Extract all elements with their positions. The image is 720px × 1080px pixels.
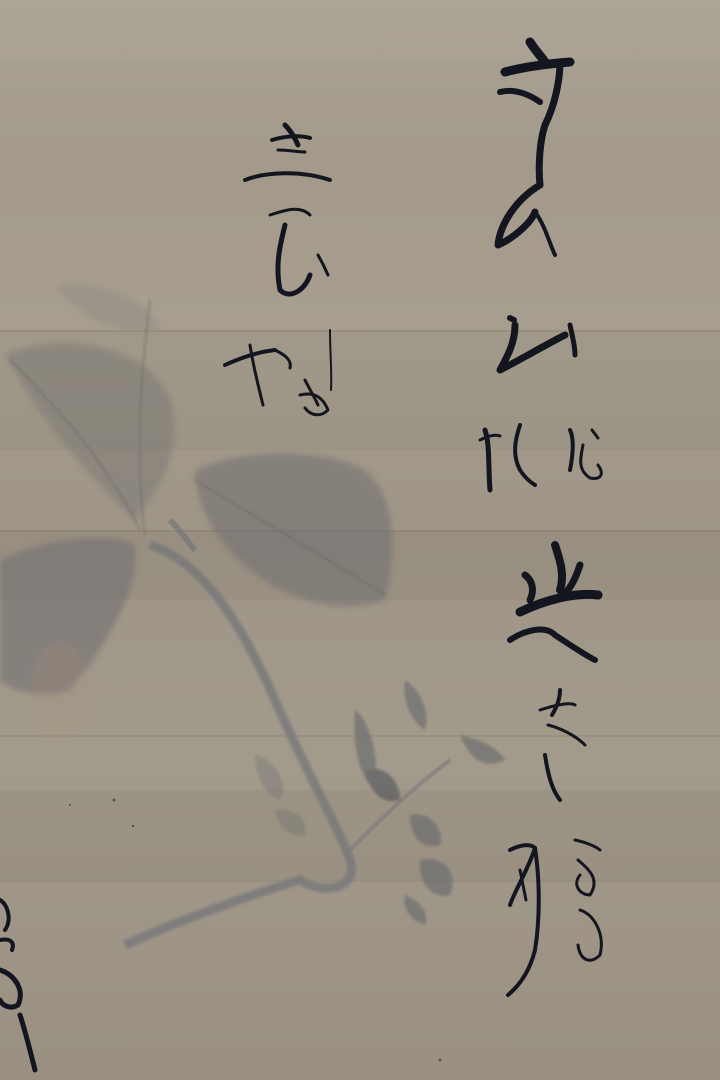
branch (170, 520, 195, 550)
hanging-scroll (0, 0, 720, 1080)
right-leaf (195, 453, 392, 606)
top-leaf (55, 284, 160, 331)
upper-left-leaf (5, 343, 175, 520)
stem (125, 545, 352, 945)
calligraphy-column-center-upper (225, 125, 331, 415)
blossoms (255, 680, 505, 925)
paper-specks (69, 799, 442, 1062)
ink-painting (0, 0, 720, 1080)
calligraphy-signature-left (0, 900, 35, 1070)
leaves (0, 284, 392, 694)
calligraphy-column-right-main (480, 42, 601, 490)
pigment-stain (30, 640, 90, 740)
calligraphy-column-right-lower (508, 545, 601, 995)
